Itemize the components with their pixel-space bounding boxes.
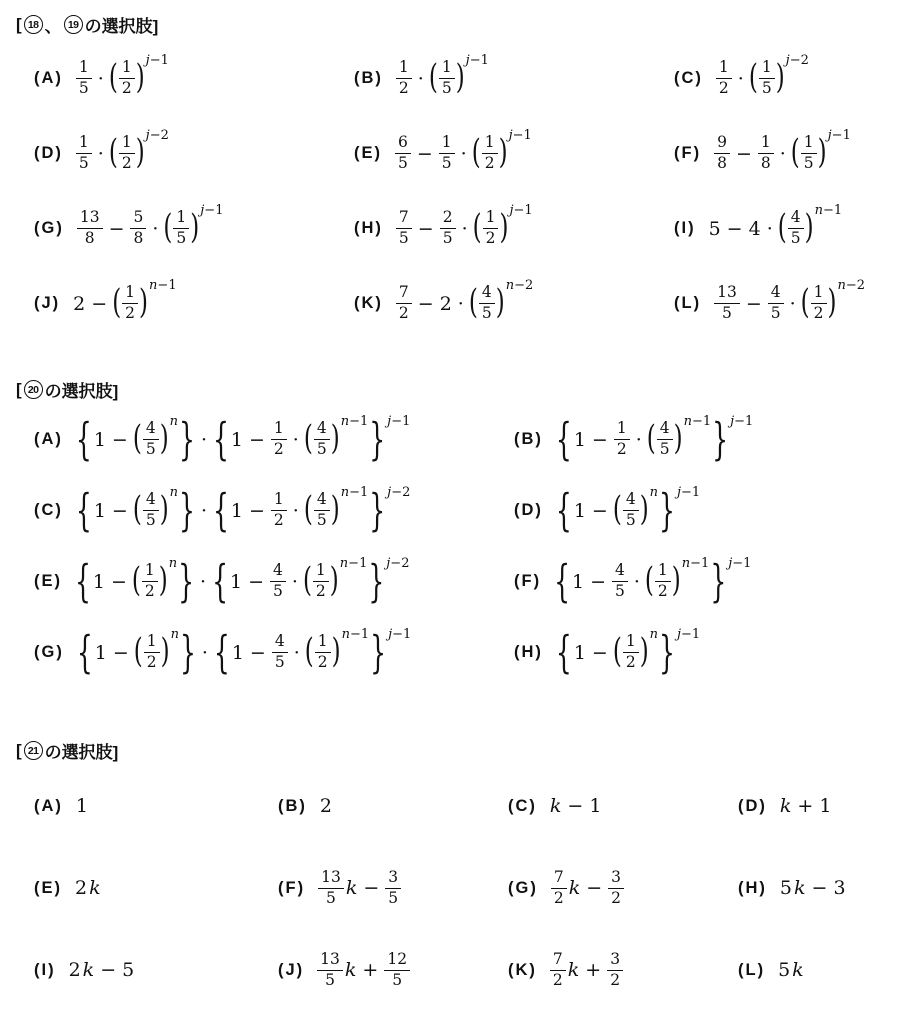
choice-formula: 65−15·(12)j−1: [394, 134, 532, 173]
sup-variable: j: [387, 485, 391, 500]
fraction-denominator: 5: [314, 511, 330, 530]
fraction-numerator: 13: [714, 284, 740, 304]
close-delimiter: ): [159, 565, 168, 598]
group: (45)n−1: [647, 420, 711, 459]
open-delimiter: (: [133, 423, 142, 456]
open-delimiter: {: [75, 560, 91, 604]
close-delimiter: ): [640, 636, 649, 669]
open-delimiter: {: [213, 418, 229, 462]
group-content: 1−(12)n: [92, 562, 177, 601]
superscript: n−1: [684, 414, 712, 429]
fraction-denominator: 2: [271, 440, 287, 459]
fraction-denominator: 5: [439, 79, 455, 98]
choice-item: (C)12·(15)j−2: [674, 41, 907, 116]
operator: ·: [418, 68, 424, 90]
fraction: 65: [395, 134, 411, 173]
group-content: 1−(45)n: [93, 420, 178, 459]
group: {1−(45)n}j−1: [555, 491, 700, 530]
fraction: 15: [439, 134, 455, 173]
fraction-denominator: 5: [714, 304, 740, 323]
superscript: n−1: [815, 203, 843, 218]
fraction: 12: [315, 633, 331, 672]
superscript: j−1: [730, 414, 753, 429]
sup-variable: n: [341, 485, 349, 500]
fraction: 45: [143, 420, 159, 459]
fraction-denominator: 2: [483, 229, 499, 248]
sup-variable: n: [650, 627, 658, 642]
group: {1−45·(12)n−1}j−2: [211, 562, 409, 601]
operator: −: [248, 571, 264, 593]
fraction: 58: [130, 209, 146, 248]
operator: −: [112, 429, 128, 451]
fraction-numerator: 4: [143, 420, 159, 440]
fraction-numerator: 1: [76, 134, 92, 154]
fraction-numerator: 1: [758, 134, 774, 154]
fraction-denominator: 2: [550, 971, 566, 990]
close-delimiter: ): [776, 62, 785, 95]
fraction-denominator: 2: [551, 889, 567, 908]
open-delimiter: (: [429, 62, 438, 95]
close-delimiter: }: [179, 489, 195, 533]
superscript: n: [171, 627, 179, 642]
operator: ·: [461, 143, 467, 165]
sup-variable: j: [786, 53, 790, 68]
operator: −: [592, 642, 608, 664]
fraction-denominator: 5: [272, 653, 288, 672]
fraction-numerator: 1: [173, 209, 189, 229]
open-delimiter: (: [305, 636, 314, 669]
choice-formula: 135k−35: [317, 869, 402, 908]
fraction-numerator: 4: [612, 562, 628, 582]
close-delimiter: ): [331, 494, 340, 527]
operator: −: [592, 500, 608, 522]
open-delimiter: (: [473, 212, 482, 245]
group: (15)j−1: [791, 134, 851, 173]
fraction: 75: [396, 209, 412, 248]
fraction-denominator: 5: [76, 79, 92, 98]
superscript: n−1: [340, 556, 368, 571]
group: (45)n−1: [304, 420, 368, 459]
open-delimiter: (: [132, 565, 141, 598]
open-delimiter: (: [303, 565, 312, 598]
choice-formula: {1−45·(12)n−1}j−1: [553, 562, 751, 601]
group: (12)n−1: [305, 633, 369, 672]
close-delimiter: }: [369, 418, 385, 462]
open-delimiter: (: [749, 62, 758, 95]
fraction: 45: [612, 562, 628, 601]
operator: ·: [292, 571, 298, 593]
group: {1−(45)n}: [75, 420, 196, 459]
choice-formula: 15·(12)j−2: [75, 134, 169, 173]
choice-item: (F)135k−35: [278, 847, 508, 929]
operator: +: [797, 795, 813, 817]
group: (12)n−1: [303, 562, 367, 601]
section-title: [21の選択肢]: [16, 738, 907, 763]
fraction-numerator: 7: [396, 209, 412, 229]
variable: k: [82, 959, 96, 981]
sup-variable: n: [340, 556, 348, 571]
choice-label: (G): [34, 219, 64, 238]
choice-item: (L)135−45·(12)n−2: [674, 266, 907, 341]
choice-item: (D){1−(45)n}j−1: [514, 475, 907, 546]
number: 1: [573, 642, 587, 664]
fraction: 12: [716, 59, 732, 98]
operator: ·: [462, 218, 468, 240]
fraction: 15: [759, 59, 775, 98]
number: 1: [818, 795, 832, 817]
fraction-denominator: 2: [315, 653, 331, 672]
close-delimiter: ): [499, 137, 508, 170]
fraction-numerator: 1: [76, 59, 92, 79]
group-content: 1−45·(12)n−1: [231, 633, 369, 672]
fraction-numerator: 1: [759, 59, 775, 79]
group-content: 12: [312, 562, 330, 601]
fraction: 45: [143, 491, 159, 530]
choice-item: (A)15·(12)j−1: [34, 41, 354, 116]
section-title: [20の選択肢]: [16, 377, 907, 402]
close-delimiter: ): [640, 494, 649, 527]
fraction: 12: [119, 134, 135, 173]
close-delimiter: ): [190, 212, 199, 245]
number: 5: [121, 959, 135, 981]
sup-variable: n: [682, 556, 690, 571]
sup-variable: n: [341, 414, 349, 429]
choice-formula: 72−2·(45)n−2: [395, 284, 533, 323]
close-delimiter: ): [674, 423, 683, 456]
open-delimiter: (: [133, 494, 142, 527]
operator: ·: [152, 218, 158, 240]
fraction: 45: [270, 562, 286, 601]
close-delimiter: ): [456, 62, 465, 95]
choice-formula: k−1: [549, 795, 603, 817]
fraction-numerator: 1: [439, 134, 455, 154]
superscript: n: [650, 627, 658, 642]
variable: k: [793, 877, 807, 899]
fraction-denominator: 5: [270, 582, 286, 601]
fraction: 12: [396, 59, 412, 98]
fraction-denominator: 2: [655, 582, 671, 601]
group-content: 1−(12)n: [573, 633, 658, 672]
open-delimiter: {: [77, 631, 93, 675]
fraction-numerator: 9: [714, 134, 730, 154]
fraction-numerator: 12: [384, 951, 410, 971]
operator: −: [417, 143, 433, 165]
open-delimiter: {: [214, 631, 230, 675]
group-content: 1−45·(12)n−1: [229, 562, 367, 601]
fraction-numerator: 4: [270, 562, 286, 582]
sup-variable: n: [815, 203, 823, 218]
fraction: 135: [317, 951, 343, 990]
close-delimiter: }: [712, 418, 728, 462]
choice-item: (G)138−58·(15)j−1: [34, 191, 354, 266]
group-content: 45: [313, 491, 331, 530]
fraction-denominator: 8: [130, 229, 146, 248]
superscript: n: [170, 485, 178, 500]
fraction-numerator: 13: [317, 951, 343, 971]
fraction-numerator: 1: [119, 134, 135, 154]
close-delimiter: ): [136, 62, 145, 95]
open-delimiter: {: [556, 631, 572, 675]
group-content: 12: [810, 284, 828, 323]
group: (45)n−2: [469, 284, 533, 323]
fraction-denominator: 2: [119, 79, 135, 98]
operator: +: [585, 959, 601, 981]
sup-variable: n: [170, 485, 178, 500]
fraction-denominator: 2: [607, 971, 623, 990]
choice-label: (D): [738, 797, 767, 816]
operator: −: [592, 429, 608, 451]
group: {1−(45)n}: [75, 491, 196, 530]
open-delimiter: (: [645, 565, 654, 598]
fraction: 72: [550, 951, 566, 990]
open-delimiter: (: [109, 137, 118, 170]
operator: −: [91, 293, 107, 315]
group: (12)n−1: [645, 562, 709, 601]
operator: −: [727, 218, 743, 240]
choice-formula: 12·(15)j−2: [715, 59, 809, 98]
fraction: 12: [119, 59, 135, 98]
number: 1: [573, 429, 587, 451]
operator: −: [113, 642, 129, 664]
fraction-denominator: 5: [439, 154, 455, 173]
fraction: 12: [623, 633, 639, 672]
close-delimiter: ): [139, 287, 148, 320]
fraction-denominator: 5: [612, 582, 628, 601]
group-content: 15: [800, 134, 818, 173]
fraction-denominator: 2: [614, 440, 630, 459]
circled-number: 20: [24, 380, 43, 399]
choice-item: (L)5k: [738, 929, 907, 1011]
choice-label: (L): [674, 294, 701, 313]
fraction: 12: [122, 284, 138, 323]
circled-number: 21: [24, 741, 43, 760]
fraction-numerator: 1: [483, 209, 499, 229]
fraction-denominator: 2: [142, 582, 158, 601]
operator: ·: [293, 500, 299, 522]
group: (15)j−1: [163, 209, 223, 248]
operator: ·: [634, 571, 640, 593]
group-content: 1−(45)n: [573, 491, 658, 530]
fraction-denominator: 2: [482, 154, 498, 173]
close-delimiter: }: [710, 560, 726, 604]
number: 2: [319, 795, 333, 817]
close-delimiter: }: [368, 560, 384, 604]
variable: k: [567, 959, 581, 981]
superscript: j−2: [786, 53, 809, 68]
close-delimiter: ): [805, 212, 814, 245]
fraction-numerator: 4: [479, 284, 495, 304]
group-content: 45: [313, 420, 331, 459]
superscript: j−1: [828, 128, 851, 143]
group-content: 12: [141, 562, 159, 601]
operator: −: [109, 218, 125, 240]
choice-formula: k+1: [779, 795, 833, 817]
fraction-numerator: 13: [318, 869, 344, 889]
choice-item: (G)72k−32: [508, 847, 738, 929]
operator: −: [812, 877, 828, 899]
sup-variable: n: [149, 278, 157, 293]
fraction-denominator: 5: [314, 440, 330, 459]
number: 2: [439, 293, 453, 315]
operator: ·: [738, 68, 744, 90]
close-delimiter: ): [330, 565, 339, 598]
group-content: 15: [438, 59, 456, 98]
choice-label: (H): [514, 643, 543, 662]
operator: −: [418, 293, 434, 315]
group-content: 12: [118, 59, 136, 98]
choice-item: (I)2k−5: [34, 929, 278, 1011]
group: (12)n: [613, 633, 658, 672]
choices-grid: (A){1−(45)n}·{1−12·(45)n−1}j−1(B){1−12·(…: [34, 404, 907, 688]
superscript: n−2: [838, 278, 866, 293]
fraction-numerator: 4: [143, 491, 159, 511]
group-content: 1−12·(45)n−1: [230, 491, 368, 530]
fraction-denominator: 5: [384, 971, 410, 990]
choice-item: (I)5−4·(45)n−1: [674, 191, 907, 266]
choice-label: (J): [34, 294, 60, 313]
operator: −: [590, 571, 606, 593]
group: (12)n: [132, 562, 177, 601]
fraction: 32: [607, 951, 623, 990]
close-delimiter: ): [136, 137, 145, 170]
choice-formula: {1−(12)n}·{1−45·(12)n−1}j−2: [74, 562, 409, 601]
fraction-denominator: 5: [173, 229, 189, 248]
superscript: n−2: [506, 278, 534, 293]
superscript: j−1: [509, 128, 532, 143]
fraction: 12: [482, 134, 498, 173]
choice-item: (E){1−(12)n}·{1−45·(12)n−1}j−2: [34, 546, 514, 617]
fraction-denominator: 5: [440, 229, 456, 248]
fraction-numerator: 1: [439, 59, 455, 79]
sup-variable: j: [386, 556, 390, 571]
close-delimiter: }: [369, 489, 385, 533]
fraction: 12: [144, 633, 160, 672]
group-content: 1−45·(12)n−1: [571, 562, 709, 601]
choice-label: (H): [354, 219, 383, 238]
sup-variable: n: [838, 278, 846, 293]
superscript: n: [169, 556, 177, 571]
fraction-numerator: 3: [385, 869, 401, 889]
number: 1: [75, 795, 89, 817]
choice-formula: 138−58·(15)j−1: [76, 209, 224, 248]
close-delimiter: ): [818, 137, 827, 170]
operator: +: [362, 959, 378, 981]
operator: ·: [293, 429, 299, 451]
fraction-denominator: 5: [317, 971, 343, 990]
fraction-denominator: 2: [122, 304, 138, 323]
group-content: 12: [481, 134, 499, 173]
fraction-numerator: 1: [655, 562, 671, 582]
choice-label: (F): [674, 144, 701, 163]
fraction: 45: [657, 420, 673, 459]
operator: −: [249, 500, 265, 522]
choice-item: (B)2: [278, 765, 508, 847]
number: 2: [74, 877, 88, 899]
fraction: 12: [142, 562, 158, 601]
sup-variable: n: [169, 556, 177, 571]
operator: −: [250, 642, 266, 664]
operator: ·: [98, 143, 104, 165]
fraction: 45: [623, 491, 639, 530]
open-delimiter: (: [801, 287, 810, 320]
fraction: 45: [479, 284, 495, 323]
fraction-numerator: 1: [144, 633, 160, 653]
open-delimiter: (: [472, 137, 481, 170]
fraction: 15: [439, 59, 455, 98]
number: 1: [94, 642, 108, 664]
operator: −: [736, 143, 752, 165]
number: 1: [93, 500, 107, 522]
fraction-numerator: 6: [395, 134, 411, 154]
choice-label: (A): [34, 69, 63, 88]
group: {1−(12)n}j−1: [555, 633, 700, 672]
fraction: 138: [77, 209, 103, 248]
group-content: 1−12·(45)n−1: [573, 420, 711, 459]
operator: −: [586, 877, 602, 899]
choice-item: (C){1−(45)n}·{1−12·(45)n−1}j−2: [34, 475, 514, 546]
group: {1−12·(45)n−1}j−1: [212, 420, 410, 459]
open-delimiter: {: [76, 418, 92, 462]
open-delimiter: {: [76, 489, 92, 533]
choice-formula: {1−(12)n}·{1−45·(12)n−1}j−1: [76, 633, 411, 672]
close-delimiter: }: [179, 418, 195, 462]
choice-formula: 15·(12)j−1: [75, 59, 169, 98]
number: 1: [588, 795, 602, 817]
superscript: n−1: [682, 556, 710, 571]
fraction-numerator: 1: [811, 284, 827, 304]
fraction-denominator: 2: [313, 582, 329, 601]
group-content: 15: [172, 209, 190, 248]
fraction-numerator: 1: [396, 59, 412, 79]
close-delimiter: }: [178, 560, 194, 604]
group: (45)n: [133, 491, 178, 530]
group: (12)j−1: [109, 59, 169, 98]
variable: k: [88, 877, 102, 899]
close-delimiter: ): [160, 494, 169, 527]
sup-variable: j: [677, 485, 681, 500]
choice-label: (I): [34, 961, 56, 980]
number: 1: [231, 642, 245, 664]
fraction: 35: [385, 869, 401, 908]
variable: k: [779, 795, 793, 817]
choice-formula: 2−(12)n−1: [72, 284, 176, 323]
sup-variable: n: [171, 627, 179, 642]
choice-item: (K)72−2·(45)n−2: [354, 266, 674, 341]
choice-item: (D)15·(12)j−2: [34, 116, 354, 191]
fraction-denominator: 2: [144, 653, 160, 672]
group: (12)j−1: [472, 134, 532, 173]
choice-label: (D): [514, 501, 543, 520]
fraction-denominator: 5: [623, 511, 639, 530]
variable: k: [344, 959, 358, 981]
open-delimiter: {: [556, 489, 572, 533]
section-title: [18、19の選択肢]: [16, 12, 907, 37]
superscript: j−1: [677, 485, 700, 500]
number: 4: [748, 218, 762, 240]
open-delimiter: {: [556, 418, 572, 462]
choice-formula: {1−(12)n}j−1: [555, 633, 700, 672]
fraction-numerator: 3: [608, 869, 624, 889]
fraction-denominator: 5: [385, 889, 401, 908]
choice-formula: 72k+32: [549, 951, 624, 990]
group: (12)n−1: [112, 284, 176, 323]
fraction: 72: [396, 284, 412, 323]
group-content: 12: [482, 209, 500, 248]
operator: ·: [790, 293, 796, 315]
fraction-denominator: 5: [788, 229, 804, 248]
fraction-numerator: 4: [788, 209, 804, 229]
group-content: 1−(12)n: [94, 633, 179, 672]
